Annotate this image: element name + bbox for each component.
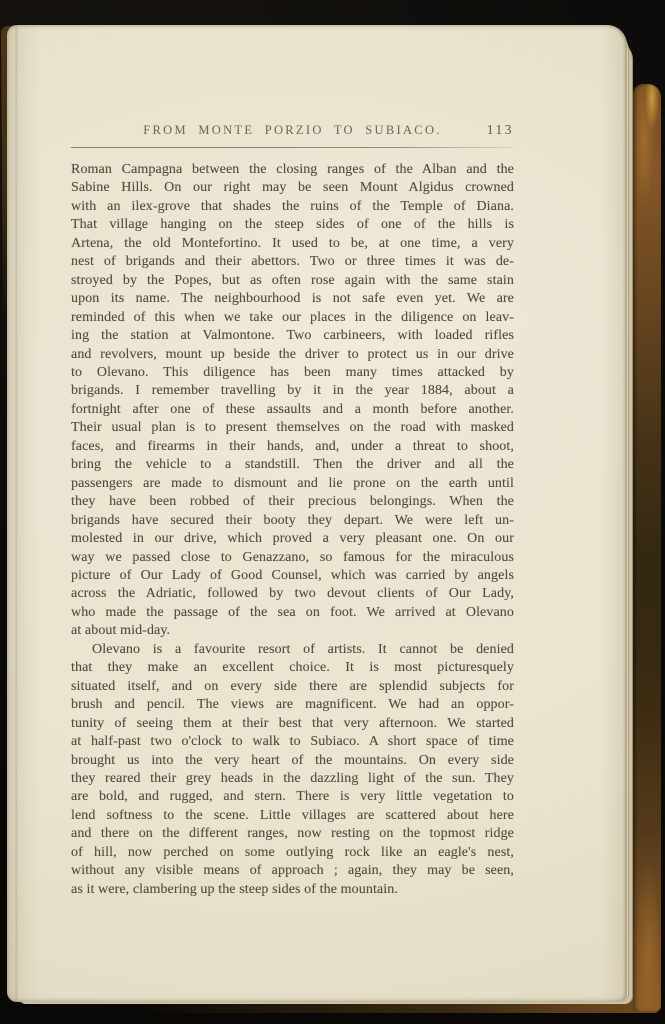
- text-line: of hill, now perched on some outlying ro…: [71, 844, 514, 862]
- text-line: picture of Our Lady of Good Counsel, whi…: [71, 567, 514, 585]
- text-line: Their usual plan is to present themselve…: [71, 419, 514, 437]
- text-line: across the Adriatic, followed by two dev…: [71, 585, 514, 603]
- body-text: Roman Campagna between the closing range…: [71, 161, 514, 899]
- book-cover-right-edge: [633, 84, 661, 1012]
- text-line: That village hanging on the steep sides …: [71, 216, 514, 234]
- text-line: are bold, and rugged, and stern. There i…: [71, 788, 514, 806]
- text-line: brush and pencil. The views are magnific…: [71, 696, 514, 714]
- text-line: as it were, clambering up the steep side…: [71, 881, 514, 899]
- text-line: brigands have secured their booty they d…: [71, 512, 514, 530]
- text-line: with an ilex-grove that shades the ruins…: [71, 198, 514, 216]
- text-line: they have been robbed of their precious …: [71, 493, 514, 511]
- text-line: reminded of this when we take our places…: [71, 309, 514, 327]
- text-line: nest of brigands and their abettors. Two…: [71, 253, 514, 271]
- text-line: and there on the different ranges, now r…: [71, 825, 514, 843]
- paragraph: Roman Campagna between the closing range…: [71, 161, 514, 641]
- text-line: upon its name. The neighbourhood is not …: [71, 290, 514, 308]
- book-photo: FROM MONTE PORZIO TO SUBIACO. 113 Roman …: [0, 0, 665, 1024]
- paragraph: Olevano is a favourite resort of artists…: [71, 641, 514, 899]
- text-line: stroyed by the Popes, but as often rose …: [71, 272, 514, 290]
- text-line: who made the passage of the sea on foot.…: [71, 604, 514, 622]
- chapter-running-title: FROM MONTE PORZIO TO SUBIACO.: [143, 123, 441, 137]
- text-line: tunity of seeing them at their best that…: [71, 715, 514, 733]
- text-line: molested in our drive, which proved a ve…: [71, 530, 514, 548]
- text-line: Olevano is a favourite resort of artists…: [71, 641, 514, 659]
- text-line: lend softness to the scene. Little villa…: [71, 807, 514, 825]
- text-line: and revolvers, mount up beside the drive…: [71, 346, 514, 364]
- text-line: faces, and firearms in their hands, and,…: [71, 438, 514, 456]
- text-line: at about mid-day.: [71, 622, 514, 640]
- text-line: Sabine Hills. On our right may be seen M…: [71, 179, 514, 197]
- text-line: way we passed close to Genazzano, so fam…: [71, 549, 514, 567]
- text-line: Artena, the old Montefortino. It used to…: [71, 235, 514, 253]
- text-line: brought us into the very heart of the mo…: [71, 752, 514, 770]
- text-line: that they make an excellent choice. It i…: [71, 659, 514, 677]
- text-line: without any visible means of approach ; …: [71, 862, 514, 880]
- text-line: situated itself, and on every side there…: [71, 678, 514, 696]
- text-line: ing the station at Valmontone. Two carbi…: [71, 327, 514, 345]
- text-line: bring the vehicle to a standstill. Then …: [71, 456, 514, 474]
- text-line: they reared their grey heads in the dazz…: [71, 770, 514, 788]
- text-line: brigands. I remember travelling by it in…: [71, 382, 514, 400]
- text-line: passengers are made to dismount and lie …: [71, 475, 514, 493]
- running-header: FROM MONTE PORZIO TO SUBIACO. 113: [71, 121, 514, 138]
- text-line: to Olevano. This diligence has been many…: [71, 364, 514, 382]
- text-line: Roman Campagna between the closing range…: [71, 161, 514, 179]
- text-line: fortnight after one of these assaults an…: [71, 401, 514, 419]
- page-content: FROM MONTE PORZIO TO SUBIACO. 113 Roman …: [71, 121, 514, 899]
- page-number: 113: [487, 122, 514, 138]
- header-rule: [71, 147, 514, 148]
- text-line: at half-past two o'clock to walk to Subi…: [71, 733, 514, 751]
